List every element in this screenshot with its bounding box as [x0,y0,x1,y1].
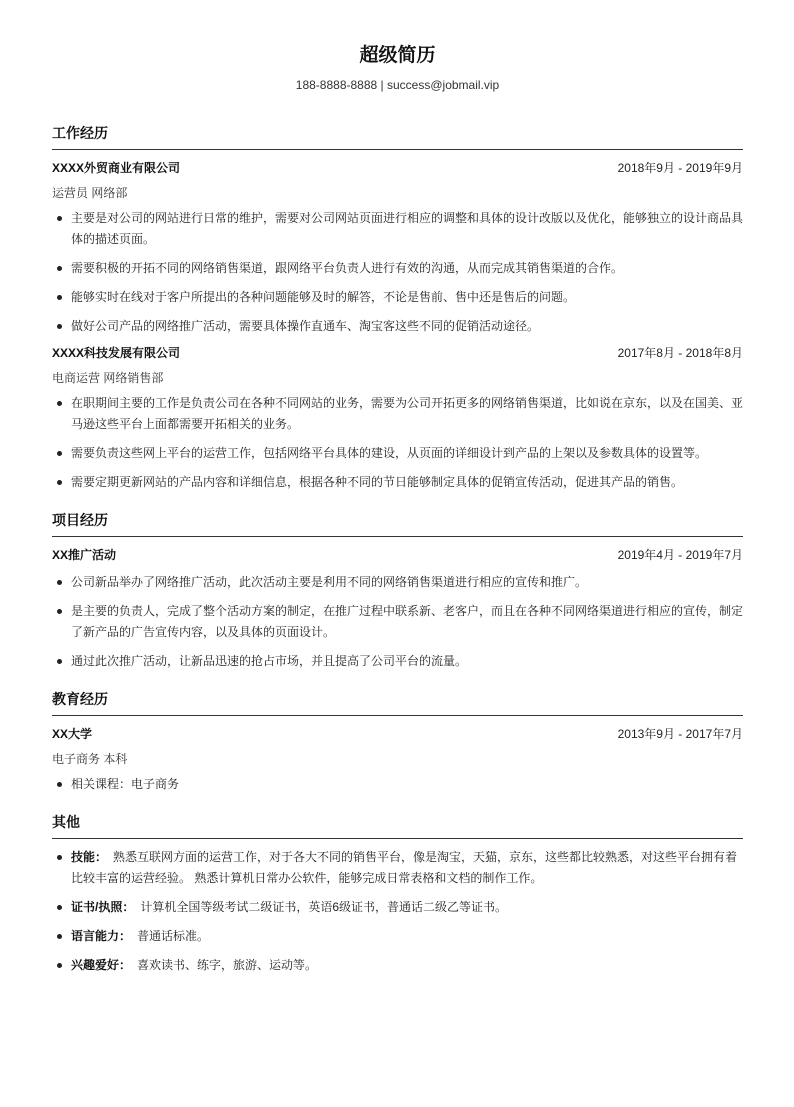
bullet-list: 在职期间主要的工作是负责公司在各种不同网站的业务，需要为公司开拓更多的网络销售渠… [52,393,743,493]
work-entry: XXXX外贸商业有限公司 2018年9月 - 2019年9月 运营员 网络部 主… [52,159,743,337]
bullet-list: 主要是对公司的网站进行日常的维护，需要对公司网站页面进行相应的调整和具体的设计改… [52,208,743,337]
school-name: XX大学 [52,725,92,743]
major: 电子商务 本科 [52,750,743,768]
item-text: 喜欢读书、练字，旅游、运动等。 [137,958,317,972]
date-range: 2019年4月 - 2019年7月 [618,546,743,564]
bullet-list: 相关课程：电子商务 [52,774,743,795]
section-education: 教育经历 XX大学 2013年9月 - 2017年7月 电子商务 本科 相关课程… [52,689,743,795]
section-other: 其他 技能：熟悉互联网方面的运营工作，对于各大不同的销售平台，像是淘宝，天猫，京… [52,812,743,976]
bullet-item: 在职期间主要的工作是负责公司在各种不同网站的业务，需要为公司开拓更多的网络销售渠… [52,393,743,435]
resume-name: 超级简历 [52,43,743,69]
item-label: 兴趣爱好： [71,958,131,972]
bullet-item-certificates: 证书/执照：计算机全国等级考试二级证书，英语6级证书，普通话二级乙等证书。 [52,897,743,918]
date-range: 2017年8月 - 2018年8月 [618,344,743,362]
bullet-list: 公司新品举办了网络推广活动，此次活动主要是利用不同的网络销售渠道进行相应的宣传和… [52,572,743,672]
item-text: 计算机全国等级考试二级证书，英语6级证书，普通话二级乙等证书。 [140,900,507,914]
contact-separator: | [381,78,384,92]
item-label: 证书/执照： [71,900,134,914]
bullet-item: 能够实时在线对于客户所提出的各种问题能够及时的解答，不论是售前、售中还是售后的问… [52,287,743,308]
resume-page: 超级简历 188-8888-8888 | success@jobmail.vip… [52,0,743,984]
bullet-item: 公司新品举办了网络推广活动，此次活动主要是利用不同的网络销售渠道进行相应的宣传和… [52,572,743,593]
bullet-item: 需要定期更新网站的产品内容和详细信息，根据各种不同的节日能够制定具体的促销宣传活… [52,472,743,493]
bullet-item: 相关课程：电子商务 [52,774,743,795]
item-label: 语言能力： [71,929,131,943]
bullet-item: 需要负责这些网上平台的运营工作，包括网络平台具体的建设，从页面的详细设计到产品的… [52,443,743,464]
bullet-item-hobbies: 兴趣爱好：喜欢读书、练字，旅游、运动等。 [52,955,743,976]
company-name: XXXX外贸商业有限公司 [52,159,180,177]
contact-line: 188-8888-8888 | success@jobmail.vip [52,77,743,93]
project-entry: XX推广活动 2019年4月 - 2019年7月 公司新品举办了网络推广活动，此… [52,546,743,672]
work-entry: XXXX科技发展有限公司 2017年8月 - 2018年8月 电商运营 网络销售… [52,344,743,493]
bullet-item-skills: 技能：熟悉互联网方面的运营工作，对于各大不同的销售平台，像是淘宝，天猫，京东，这… [52,847,743,889]
bullet-item: 做好公司产品的网络推广活动，需要具体操作直通车、淘宝客这些不同的促销活动途径。 [52,316,743,337]
bullet-item: 主要是对公司的网站进行日常的维护，需要对公司网站页面进行相应的调整和具体的设计改… [52,208,743,250]
bullet-item-languages: 语言能力：普通话标准。 [52,926,743,947]
section-title-projects: 项目经历 [52,510,743,537]
date-range: 2018年9月 - 2019年9月 [618,159,743,177]
bullet-item: 是主要的负责人，完成了整个活动方案的制定，在推广过程中联系新、老客户，而且在各种… [52,601,743,643]
item-text: 普通话标准。 [137,929,209,943]
section-title-work: 工作经历 [52,123,743,150]
education-entry: XX大学 2013年9月 - 2017年7月 电子商务 本科 相关课程：电子商务 [52,725,743,795]
phone-number: 188-8888-8888 [296,78,377,92]
email-address: success@jobmail.vip [387,78,499,92]
project-name: XX推广活动 [52,546,116,564]
company-name: XXXX科技发展有限公司 [52,344,180,362]
section-work: 工作经历 XXXX外贸商业有限公司 2018年9月 - 2019年9月 运营员 … [52,123,743,493]
bullet-list: 技能：熟悉互联网方面的运营工作，对于各大不同的销售平台，像是淘宝，天猫，京东，这… [52,847,743,976]
item-label: 技能： [71,850,107,864]
section-title-education: 教育经历 [52,689,743,716]
date-range: 2013年9月 - 2017年7月 [618,725,743,743]
role: 运营员 网络部 [52,184,743,202]
role: 电商运营 网络销售部 [52,369,743,387]
item-text: 熟悉互联网方面的运营工作，对于各大不同的销售平台，像是淘宝，天猫，京东，这些都比… [71,850,737,885]
section-projects: 项目经历 XX推广活动 2019年4月 - 2019年7月 公司新品举办了网络推… [52,510,743,672]
bullet-item: 需要积极的开拓不同的网络销售渠道，跟网络平台负责人进行有效的沟通，从而完成其销售… [52,258,743,279]
bullet-item: 通过此次推广活动，让新品迅速的抢占市场，并且提高了公司平台的流量。 [52,651,743,672]
section-title-other: 其他 [52,812,743,839]
